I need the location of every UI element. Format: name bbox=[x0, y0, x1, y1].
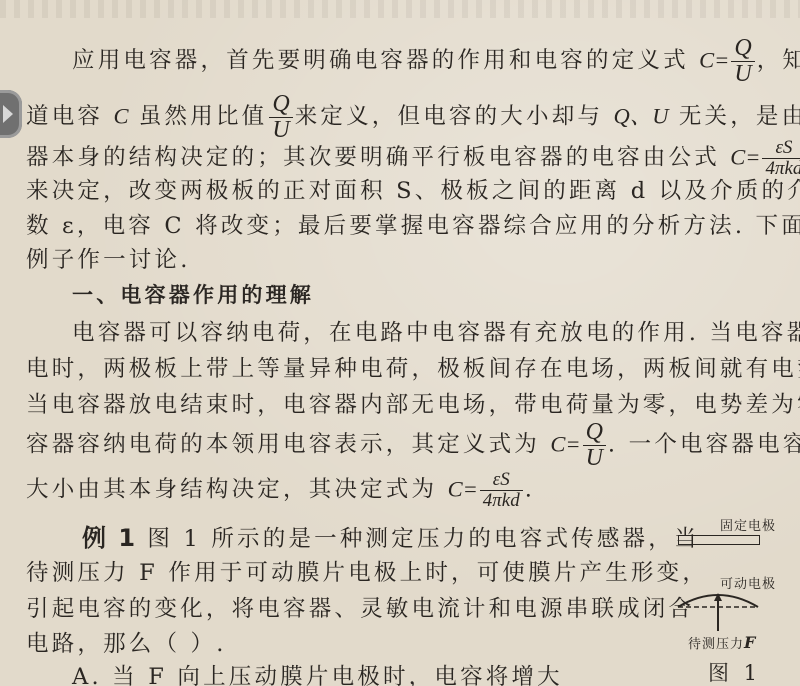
text: 无关，是由电容 bbox=[679, 104, 800, 130]
text: 来定义，但电容的大小却与 bbox=[295, 104, 603, 130]
section-line-5: 大小由其本身结构决定，其决定式为 C=εS4πkd. bbox=[26, 470, 535, 511]
text: 容器容纳电荷的本领用电容表示，其定义式为 bbox=[26, 432, 540, 458]
denominator: 4πkd bbox=[762, 159, 800, 179]
example-line-2: 待测压力 F 作用于可动膜片电极上时，可使膜片产生形变， bbox=[26, 562, 708, 585]
numerator: εS bbox=[762, 138, 800, 159]
section-heading: 一、电容器作用的理解 bbox=[72, 285, 314, 306]
fraction-q-over-u: QU bbox=[731, 36, 754, 87]
text: 应用电容器，首先要明确电容器的作用和电容的定义式 bbox=[72, 48, 689, 74]
example-line-3: 引起电容的变化，将电容器、灵敏电流计和电源串联成闭合 bbox=[26, 598, 694, 621]
figure-1: 固定电极 可动电极 待测压力F 图 1 bbox=[660, 515, 800, 680]
fraction-capacitance: εS4πkd bbox=[762, 138, 800, 179]
numerator: Q bbox=[269, 92, 292, 118]
vars-q-u: Q、U bbox=[613, 104, 668, 129]
example-line-4: 电路，那么（ ）. bbox=[26, 633, 227, 656]
formula-lhs: C= bbox=[448, 476, 478, 501]
text: 待测压力 bbox=[688, 637, 744, 652]
text: 道电容 bbox=[26, 104, 103, 130]
intro-line-1: 应用电容器，首先要明确电容器的作用和电容的定义式 C=QU，知 bbox=[72, 36, 800, 87]
section-line-2: 电时，两极板上带上等量异种电荷，极板间存在电场，两板间就有电势差. bbox=[26, 358, 800, 381]
example-label: 例 1 bbox=[82, 524, 137, 552]
denominator: U bbox=[583, 446, 606, 471]
numerator: Q bbox=[583, 420, 606, 446]
denominator: U bbox=[731, 62, 754, 87]
section-line-3: 当电容器放电结束时，电容器内部无电场，带电荷量为零，电势差为零. 电 bbox=[26, 394, 800, 417]
scanned-page: 应用电容器，首先要明确电容器的作用和电容的定义式 C=QU，知 道电容 C 虽然… bbox=[0, 0, 800, 686]
var-c: C bbox=[113, 104, 128, 129]
intro-line-4: 来决定，改变两极板的正对面积 S、极板之间的距离 d 以及介质的介电常 bbox=[26, 180, 800, 203]
example-line-1: 例 1 图 1 所示的是一种测定压力的电容式传感器，当 bbox=[82, 526, 700, 551]
denominator: 4πkd bbox=[480, 491, 523, 511]
fixed-electrode-label: 固定电极 bbox=[720, 515, 776, 534]
fraction-capacitance: εS4πkd bbox=[480, 470, 523, 511]
fixed-electrode bbox=[678, 535, 760, 545]
text: . bbox=[525, 476, 535, 502]
force-label: 待测压力F bbox=[688, 633, 756, 652]
text: ，知 bbox=[757, 48, 800, 74]
bleed-through-top bbox=[0, 0, 800, 18]
section-line-1: 电容器可以容纳电荷，在电路中电容器有充放电的作用. 当电容器充 bbox=[72, 322, 800, 345]
intro-line-5: 数 ε，电容 C 将改变；最后要掌握电容器综合应用的分析方法. 下面结合 bbox=[26, 215, 800, 238]
fraction-q-over-u: QU bbox=[583, 420, 606, 471]
text: . 一个电容器电容的 bbox=[608, 432, 800, 458]
section-line-4: 容器容纳电荷的本领用电容表示，其定义式为 C=QU. 一个电容器电容的 bbox=[26, 420, 800, 471]
text: 图 1 所示的是一种测定压力的电容式传感器，当 bbox=[147, 526, 699, 552]
intro-line-2: 道电容 C 虽然用比值QU来定义，但电容的大小却与 Q、U 无关，是由电容 bbox=[26, 92, 800, 143]
intro-line-3: 器本身的结构决定的；其次要明确平行板电容器的电容由公式 C=εS4πkd bbox=[26, 138, 800, 179]
text: 器本身的结构决定的；其次要明确平行板电容器的电容由公式 bbox=[26, 144, 720, 170]
text: 虽然用比值 bbox=[139, 104, 268, 130]
force-symbol: F bbox=[744, 633, 756, 652]
numerator: Q bbox=[731, 36, 754, 62]
fraction-q-over-u: QU bbox=[269, 92, 292, 143]
movable-membrane-diagram bbox=[670, 587, 770, 637]
formula-lhs: C= bbox=[730, 144, 760, 169]
formula-lhs: C= bbox=[550, 432, 580, 457]
numerator: εS bbox=[480, 470, 523, 491]
figure-caption: 图 1 bbox=[708, 657, 761, 686]
chevron-right-icon bbox=[3, 105, 13, 123]
intro-line-6: 例子作一讨论. bbox=[26, 249, 191, 272]
option-a: A. 当 F 向上压动膜片电极时，电容将增大 bbox=[72, 666, 563, 686]
text: 大小由其本身结构决定，其决定式为 bbox=[26, 476, 437, 502]
formula-lhs: C= bbox=[699, 48, 729, 73]
side-panel-toggle[interactable] bbox=[0, 90, 22, 138]
